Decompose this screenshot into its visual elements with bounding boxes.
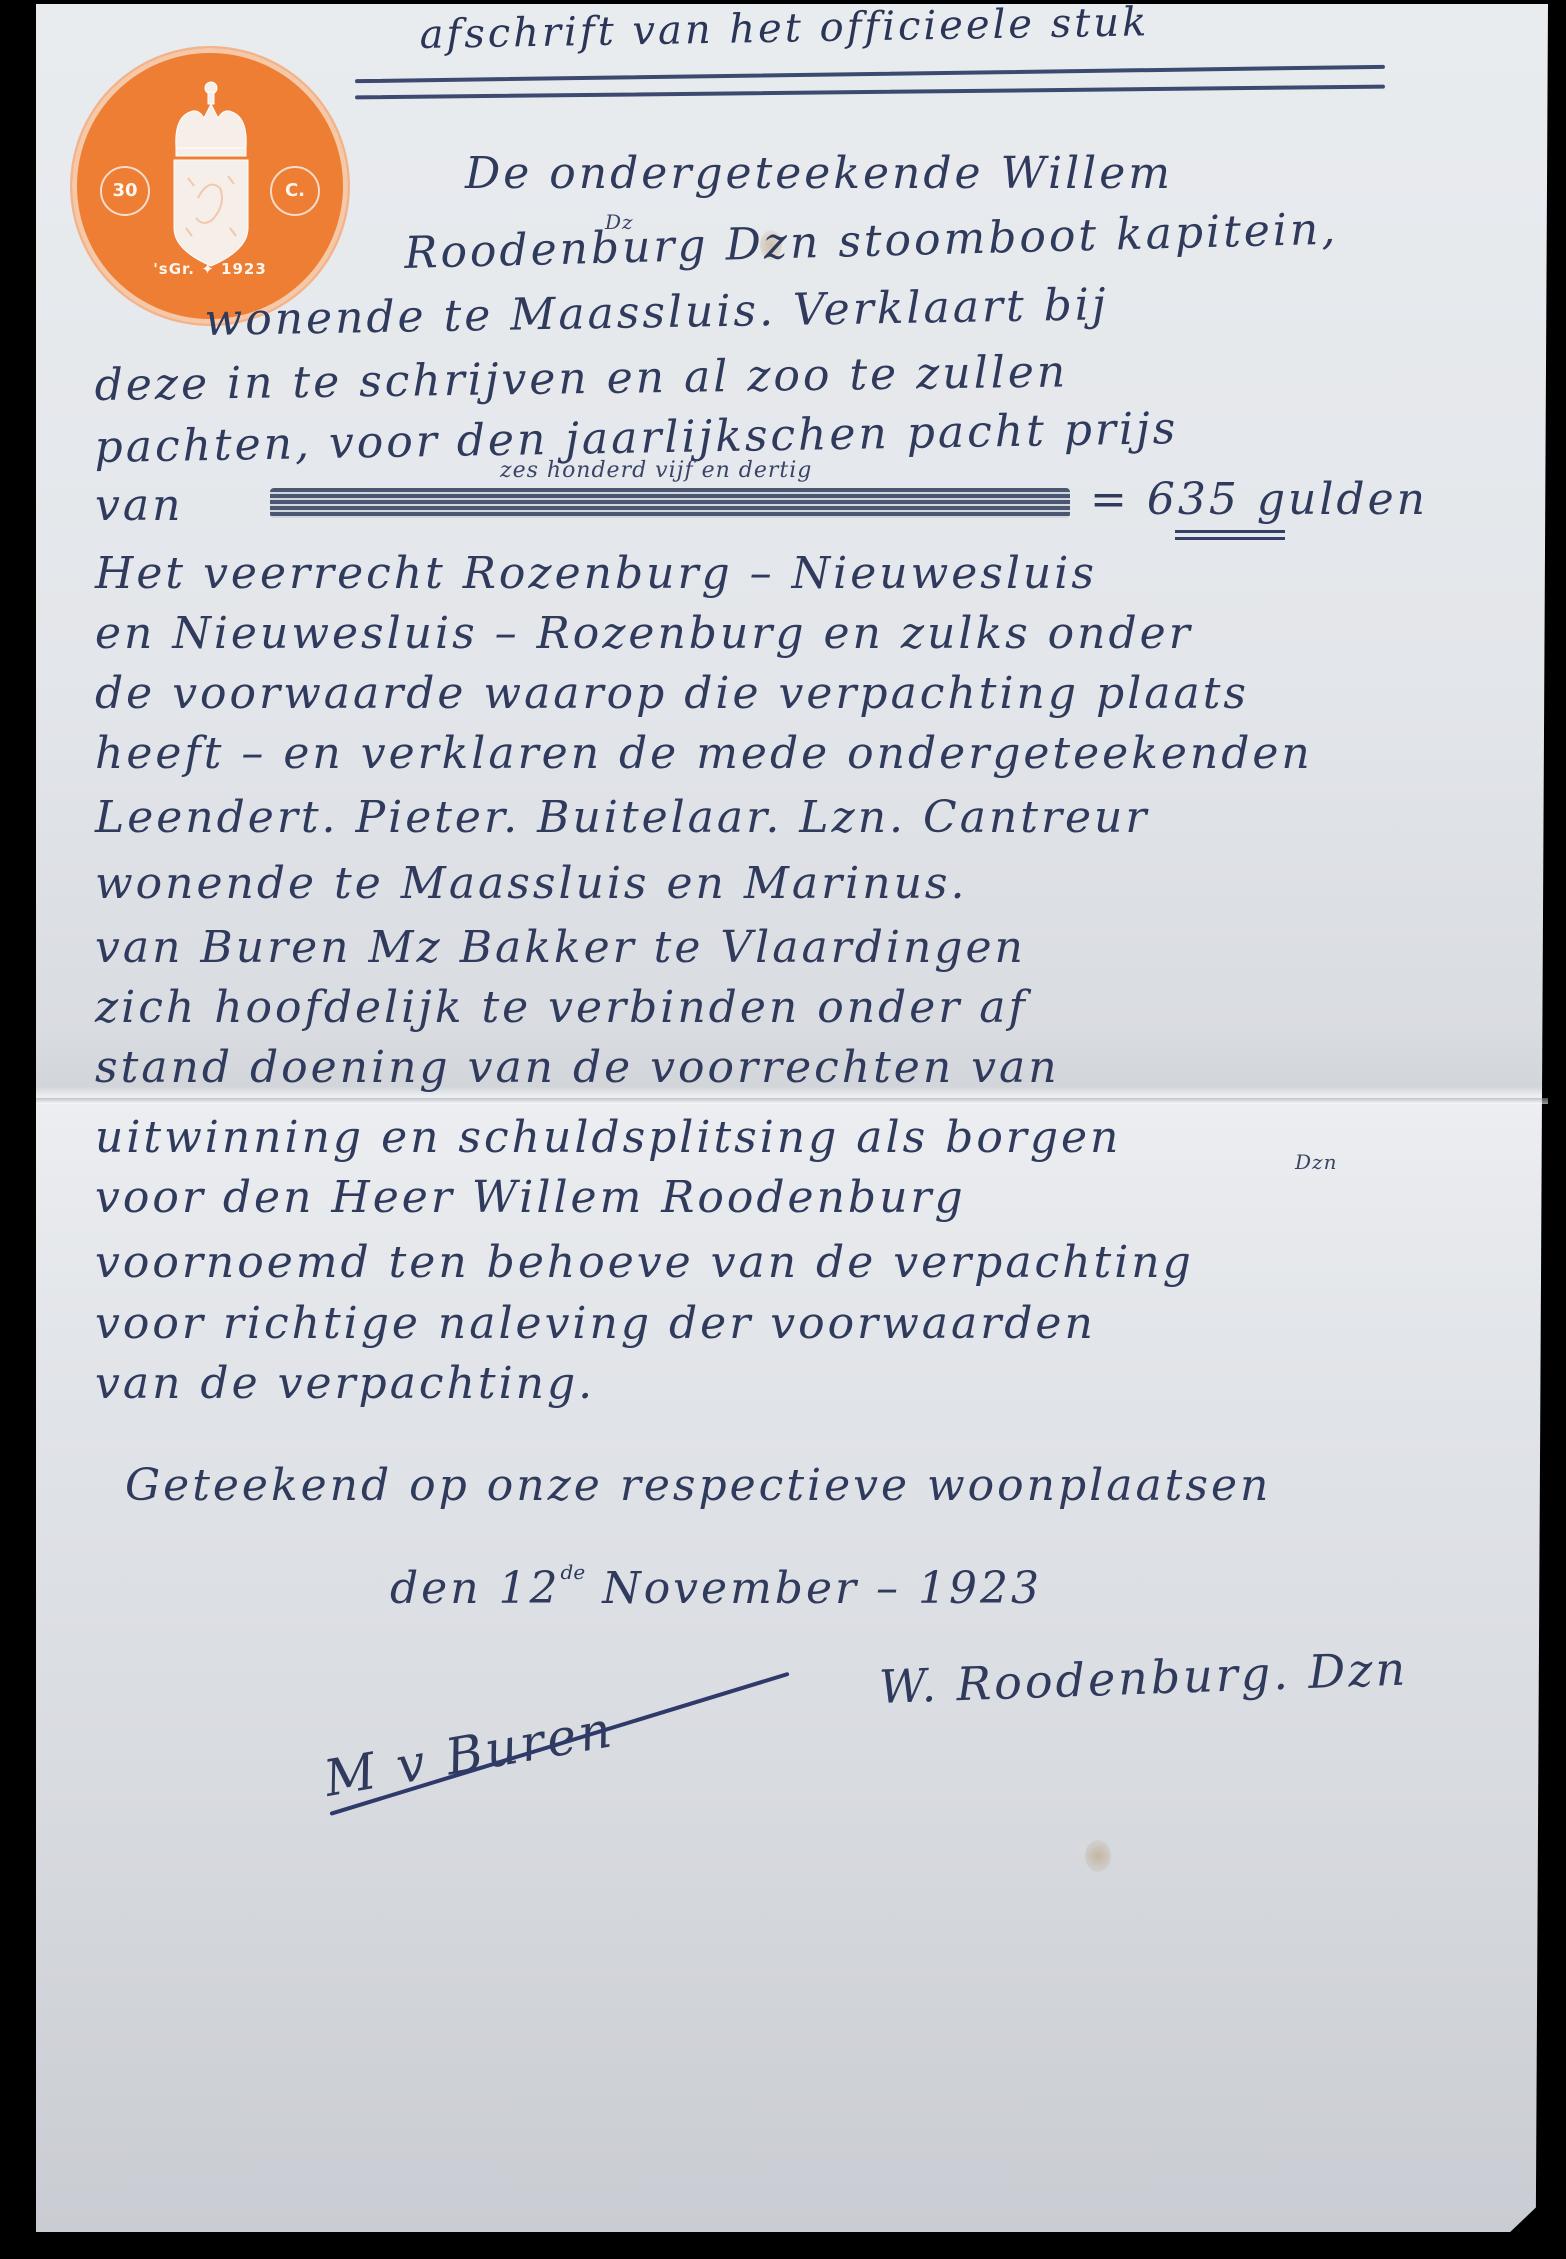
body-line-1: De ondergeteekende Willem — [465, 148, 1173, 199]
paper-fold — [36, 1098, 1548, 1104]
body-line-16: uitwinning en schuldsplitsing als borgen — [95, 1112, 1121, 1163]
closing-line: Geteekend op onze respectieve woonplaats… — [125, 1460, 1271, 1511]
amount-gulden: = 635 gulden — [1090, 474, 1428, 525]
stamp-value-number: 30 — [100, 166, 150, 216]
superscript-dz: Dz — [605, 210, 634, 234]
stamp-value-currency: C. — [270, 166, 320, 216]
amount-underline — [1175, 530, 1285, 533]
body-line-11: Leendert. Pieter. Buitelaar. Lzn. Cantre… — [95, 792, 1149, 843]
body-line-18: voornoemd ten behoeve van de verpachting — [95, 1237, 1194, 1288]
amount-underline — [1175, 537, 1285, 540]
superscript-dzn: Dzn — [1295, 1150, 1337, 1174]
date-month-year: November – 1923 — [602, 1563, 1042, 1614]
date-line: den 12de November – 1923 — [390, 1560, 1042, 1614]
struck-through-text — [270, 488, 1070, 518]
body-line-17: voor den Heer Willem Roodenburg — [95, 1172, 966, 1223]
body-line-13: van Buren Mz Bakker te Vlaardingen — [95, 922, 1026, 973]
body-line-9: de voorwaarde waarop die verpachting pla… — [95, 668, 1249, 719]
body-line-15: stand doening van de voorrechten van — [95, 1042, 1060, 1093]
body-line-8: en Nieuwesluis – Rozenburg en zulks onde… — [95, 608, 1193, 659]
body-line-10: heeft – en verklaren de mede ondergeteek… — [95, 728, 1313, 779]
inserted-amount-words: zes honderd vijf en dertig — [500, 458, 812, 483]
revenue-stamp: 30 C. 'sGr. ✦ 1923 — [72, 48, 348, 324]
body-line-19: voor richtige naleving der voorwaarden — [95, 1298, 1096, 1349]
body-line-12: wonende te Maassluis en Marinus. — [95, 858, 968, 909]
date-day-suffix: de — [561, 1560, 586, 1584]
stamp-legend: 'sGr. ✦ 1923 — [72, 260, 348, 278]
date-prefix: den — [390, 1563, 482, 1614]
body-line-14: zich hoofdelijk te verbinden onder af — [95, 982, 1028, 1033]
body-line-6: van — [95, 480, 183, 531]
coat-of-arms-icon — [168, 78, 254, 268]
date-day: 12 — [499, 1563, 561, 1614]
body-line-20: van de verpachting. — [95, 1358, 595, 1409]
paper-stain — [1085, 1840, 1111, 1872]
body-line-7: Het veerrecht Rozenburg – Nieuwesluis — [95, 548, 1097, 599]
